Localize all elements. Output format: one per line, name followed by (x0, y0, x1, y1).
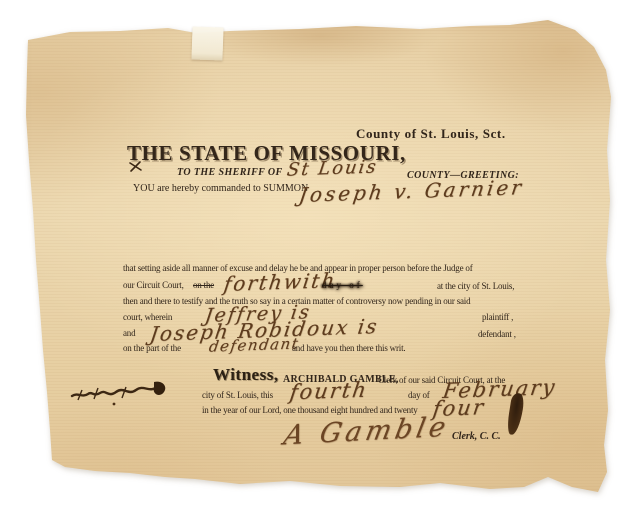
body-line-2-suffix: at the city of St. Louis, (437, 281, 514, 291)
witness-word: Witness, (213, 365, 279, 385)
county-caption: County of St. Louis, Sct. (356, 126, 506, 142)
city-line: city of St. Louis, this (202, 390, 273, 400)
summon-command-line: YOU are hereby commanded to SUMMON (133, 183, 308, 194)
on-part-of-handwriting: defendant (208, 334, 301, 355)
body-line-6-prefix: on the part of the (123, 343, 181, 353)
body-line-2-prefix: our Circuit Court, (123, 280, 184, 290)
body-line-2-obliterated-word: day of (322, 280, 363, 290)
day-handwriting: fourth (288, 378, 369, 405)
clerk-title-label: Clerk, C. C. (452, 431, 501, 442)
day-of-label: day of (408, 390, 430, 400)
tape-strip (191, 26, 223, 60)
body-line-6-suffix: and have you then there this writ. (292, 343, 405, 353)
x-mark-scribble (128, 161, 144, 173)
forthwith-handwriting: forthwith (222, 268, 338, 296)
sheriff-prefix-label: TO THE SHERIFF OF (177, 167, 283, 178)
defendant-label: defendant , (478, 329, 516, 339)
left-margin-ink-scribble (68, 374, 173, 416)
body-line-5-prefix: and (123, 328, 135, 338)
body-line-2-struck-on-the: on the (193, 280, 214, 290)
scanned-document-page: County of St. Louis, Sct. THE STATE OF M… (0, 0, 640, 516)
sheriff-county-handwriting: St Louis (286, 156, 380, 180)
plaintiff-label: plaintiff , (482, 312, 513, 322)
year-line: in the year of our Lord, one thousand ei… (202, 405, 418, 415)
